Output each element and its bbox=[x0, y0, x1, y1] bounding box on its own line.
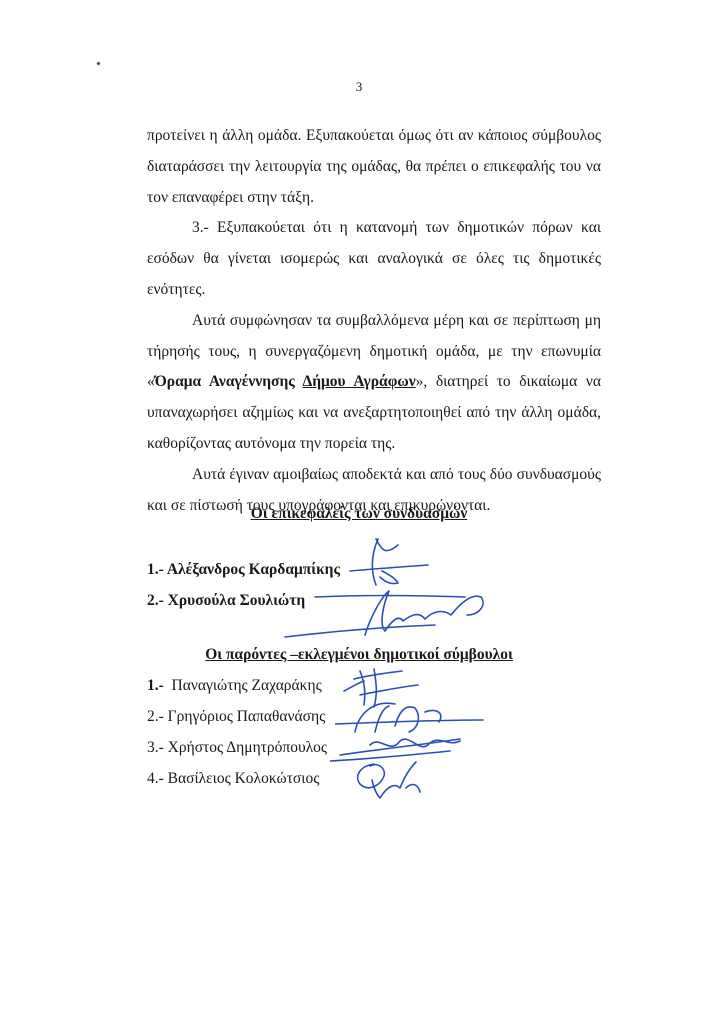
paragraph-2: 3.- Εξυπακούεται ότι η κατανομή των δημο… bbox=[147, 213, 601, 305]
scan-speck bbox=[96, 61, 100, 65]
councillor-line-4: 4.- Βασίλειος Κολοκώτσιος bbox=[147, 770, 319, 788]
councillor-number: 2.- bbox=[147, 708, 164, 725]
leader-line-1: 1.- Αλέξανδρος Καρδαμπίκης bbox=[147, 561, 340, 579]
signature-dimitropoulos bbox=[330, 725, 480, 765]
leader-number: 1.- bbox=[147, 561, 164, 578]
councillor-name: Βασίλειος Κολοκώτσιος bbox=[168, 770, 320, 787]
councillor-name: Γρηγόριος Παπαθανάσης bbox=[168, 708, 326, 725]
signature-zacharakis bbox=[330, 665, 420, 713]
leader-number: 2.- bbox=[147, 592, 164, 609]
page-number: 3 bbox=[0, 79, 718, 95]
signature-souliotis bbox=[275, 575, 505, 645]
councillors-heading: Οι παρόντες –εκλεγμένοι δημοτικοί σύμβου… bbox=[0, 646, 718, 664]
leader-name: Χρυσούλα Σουλιώτη bbox=[168, 592, 306, 609]
paragraph-3: Αυτά συμφώνησαν τα συμβαλλόμενα μέρη και… bbox=[147, 306, 601, 460]
document-body: προτείνει η άλλη ομάδα. Εξυπακούεται όμω… bbox=[147, 121, 601, 521]
signature-kolokotsios bbox=[350, 758, 430, 802]
group-name: Όραμα Αναγέννησης bbox=[155, 373, 303, 390]
leader-line-2: 2.- Χρυσούλα Σουλιώτη bbox=[147, 592, 305, 610]
signature-papathanasis bbox=[335, 692, 485, 752]
paragraph-1: προτείνει η άλλη ομάδα. Εξυπακούεται όμω… bbox=[147, 121, 601, 213]
quote-open: « bbox=[147, 373, 155, 390]
councillor-line-2: 2.- Γρηγόριος Παπαθανάσης bbox=[147, 708, 325, 726]
councillor-number: 3.- bbox=[147, 739, 164, 756]
councillor-name: Χρήστος Δημητρόπουλος bbox=[168, 739, 327, 756]
leader-name: Αλέξανδρος Καρδαμπίκης bbox=[167, 561, 340, 578]
councillor-number: 1.- bbox=[147, 677, 164, 694]
leaders-heading: Οι επικεφαλείς των συνδυασμών bbox=[0, 505, 718, 523]
paragraph-3-lead: Αυτά συμφώνησαν τα συμβαλλόμενα μέρη και… bbox=[147, 312, 601, 360]
councillor-line-1: 1.- Παναγιώτης Ζαχαράκης bbox=[147, 677, 322, 695]
councillor-line-3: 3.- Χρήστος Δημητρόπουλος bbox=[147, 739, 327, 757]
group-name-underlined: Δήμου Αγράφων bbox=[303, 373, 416, 390]
councillor-name: Παναγιώτης Ζαχαράκης bbox=[172, 677, 322, 694]
councillor-number: 4.- bbox=[147, 770, 164, 787]
